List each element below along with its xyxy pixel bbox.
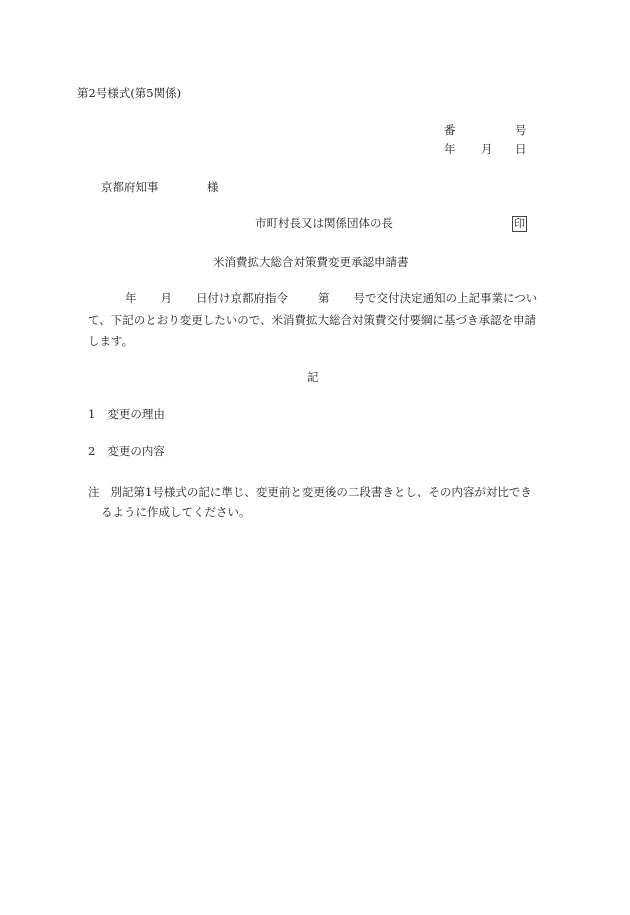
- item-number: 2: [88, 444, 95, 458]
- seal-icon: 印: [512, 216, 527, 232]
- document-title: 米消費拡大総合対策費変更承認申請書: [213, 257, 409, 269]
- body-line-3: します。: [88, 336, 133, 348]
- day-label: 日: [515, 144, 527, 156]
- note-prefix: 注: [88, 485, 100, 499]
- number-suffix: 号: [515, 125, 527, 137]
- ki-heading: 記: [307, 372, 319, 384]
- number-label: 番: [444, 125, 456, 137]
- body-month: 月: [161, 291, 173, 305]
- item-1: 1変更の理由: [88, 409, 165, 421]
- note-line-2: るように作成してください。: [101, 507, 251, 519]
- body-year: 年: [125, 291, 137, 305]
- item-2: 2変更の内容: [88, 446, 165, 458]
- body-rest-line1: 号で交付決定通知の上記事業につい: [354, 291, 538, 305]
- addressee-name: 京都府知事: [101, 182, 159, 194]
- note-text-1: 別記第1号様式の記に準じ、変更前と変更後の二段書きとし、その内容が対比でき: [111, 485, 532, 499]
- note-line-1: 注別記第1号様式の記に準じ、変更前と変更後の二段書きとし、その内容が対比でき: [88, 487, 532, 499]
- body-dai: 第: [318, 291, 330, 305]
- form-label: 第2号様式(第5関係): [77, 88, 181, 100]
- item-label: 変更の理由: [107, 407, 165, 421]
- addressee-honorific: 様: [207, 182, 219, 194]
- year-label: 年: [444, 144, 456, 156]
- month-label: 月: [481, 144, 493, 156]
- body-line-1: 年月日付け京都府指令第号で交付決定通知の上記事業につい: [125, 293, 537, 305]
- item-number: 1: [88, 407, 95, 421]
- seal-mark: 印: [512, 216, 527, 232]
- item-label: 変更の内容: [107, 444, 165, 458]
- applicant-label: 市町村長又は関係団体の長: [255, 218, 393, 230]
- body-date-suffix: 日付け京都府指令: [196, 291, 288, 305]
- body-line-2: て、下記のとおり変更したいので、米消費拡大総合対策費交付要綱に基づき承認を申請: [88, 315, 536, 327]
